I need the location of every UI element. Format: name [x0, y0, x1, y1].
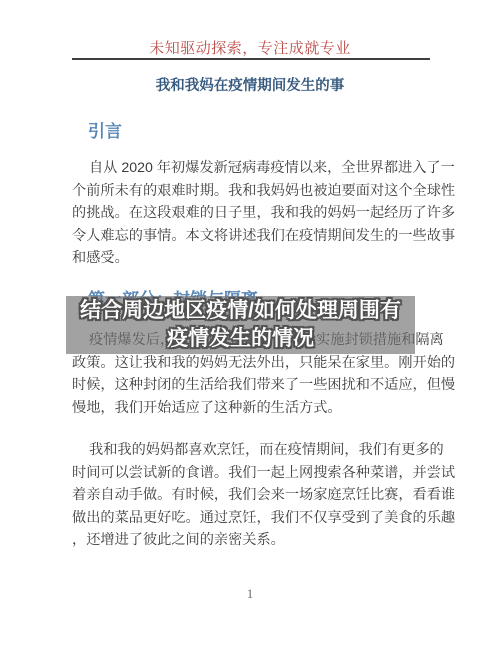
page-number: 1 — [0, 586, 500, 602]
paragraph-introduction: 自从 2020 年初爆发新冠病毒疫情以来，全世界都进入了一 个前所未有的艰难时期… — [72, 157, 464, 270]
document-title: 我和我妈在疫情期间发生的事 — [0, 79, 500, 94]
paragraph-cooking: 我和我的妈妈都喜欢烹饪，而在疫情期间，我们有更多的 时间可以尝试新的食谱。我们一… — [72, 439, 464, 552]
section-heading-introduction: 引言 — [88, 123, 122, 140]
watermark-text-line1: 结合周边地区疫情/如何处理周围有 — [66, 297, 415, 325]
watermark-overlay: 结合周边地区疫情/如何处理周围有 疫情发生的情况 — [66, 296, 415, 354]
document-page: 未知驱动探索，专注成就专业 我和我妈在疫情期间发生的事 引言 自从 2020 年… — [0, 0, 500, 647]
header-divider — [72, 58, 430, 60]
watermark-text-line2: 疫情发生的情况 — [66, 325, 415, 353]
header-slogan: 未知驱动探索，专注成就专业 — [0, 40, 500, 58]
